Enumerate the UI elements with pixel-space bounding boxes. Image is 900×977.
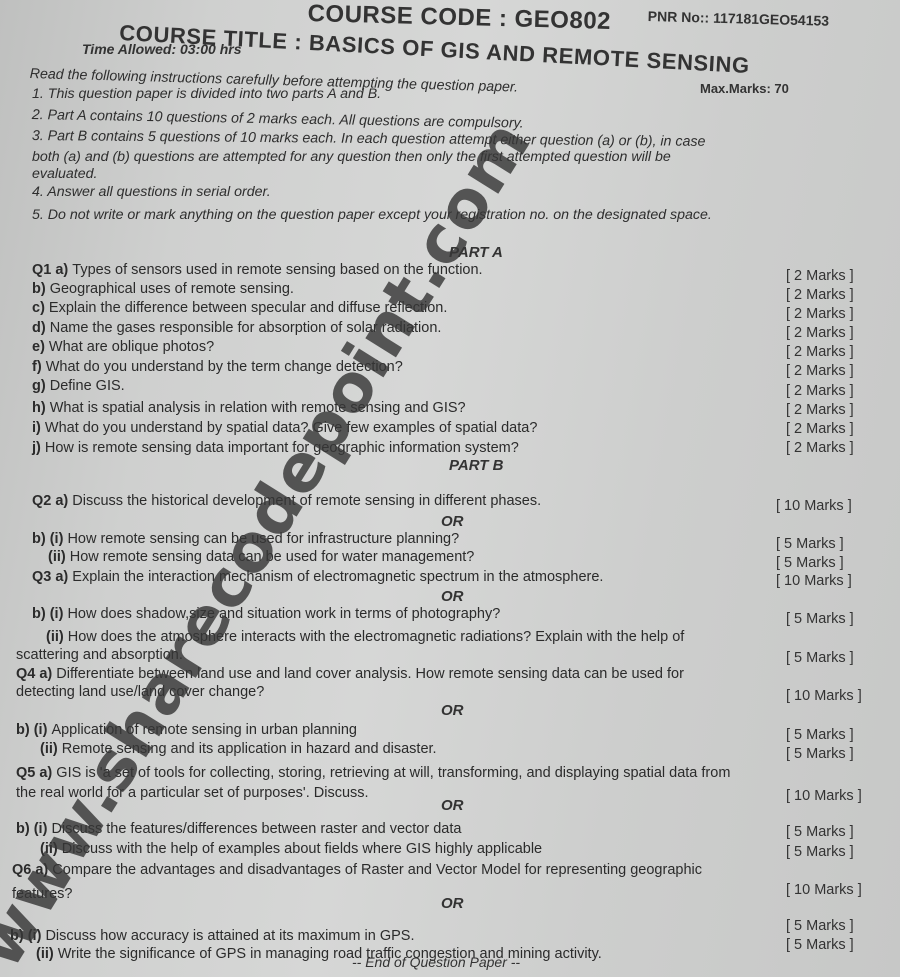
marks-label: [ 5 Marks ] (776, 536, 844, 552)
question-label: e) (32, 339, 49, 355)
part-b-question: Q6 a) Compare the advantages and disadva… (12, 862, 702, 878)
or-separator: OR (441, 702, 464, 719)
question-text: How does shadow,size and situation work … (67, 606, 500, 622)
marks-label: [ 10 Marks ] (786, 688, 862, 704)
part-b-question: Q3 a) Explain the interaction mechanism … (32, 569, 603, 585)
or-separator: OR (441, 895, 464, 912)
question-label: Q1 a) (32, 262, 72, 278)
marks-label: [ 5 Marks ] (786, 918, 854, 934)
marks-label: [ 2 Marks ] (786, 383, 854, 399)
part-b-question: (ii) Discuss with the help of examples a… (40, 841, 542, 857)
question-label: f) (32, 359, 46, 375)
marks-label: [ 10 Marks ] (786, 882, 862, 898)
instruction-item: evaluated. (32, 166, 97, 182)
marks-label: [ 10 Marks ] (786, 788, 862, 804)
question-label: h) (32, 400, 50, 416)
part-b-question: b) (i) Application of remote sensing in … (16, 722, 357, 738)
part-b-question: Q4 a) Differentiate between land use and… (16, 666, 684, 682)
marks-label: [ 2 Marks ] (786, 268, 854, 284)
question-paper: COURSE CODE : GEO802 PNR No:: 117181GEO5… (0, 0, 900, 977)
marks-label: [ 5 Marks ] (786, 727, 854, 743)
marks-label: [ 5 Marks ] (776, 555, 844, 571)
instruction-item: 4. Answer all questions in serial order. (32, 184, 271, 200)
question-label: b) (32, 281, 50, 297)
question-label: g) (32, 378, 50, 394)
instruction-item: both (a) and (b) questions are attempted… (32, 149, 671, 165)
question-text: Geographical uses of remote sensing. (50, 281, 294, 297)
or-separator: OR (441, 797, 464, 814)
part-a-question: b) Geographical uses of remote sensing. (32, 281, 294, 297)
question-label: Q2 a) (32, 493, 72, 509)
part-b-question: b) (i) How does shadow,size and situatio… (32, 606, 500, 622)
marks-label: [ 5 Marks ] (786, 746, 854, 762)
marks-label: [ 2 Marks ] (786, 402, 854, 418)
marks-label: [ 5 Marks ] (786, 937, 854, 953)
question-label: Q5 a) (16, 765, 56, 781)
marks-label: [ 2 Marks ] (786, 287, 854, 303)
part-a-question: e) What are oblique photos? (32, 339, 214, 355)
question-label: Q3 a) (32, 569, 72, 585)
question-text: Define GIS. (50, 378, 125, 394)
course-code: COURSE CODE : GEO802 (307, 0, 611, 36)
question-text: Compare the advantages and disadvantages… (52, 862, 702, 878)
or-separator: OR (441, 588, 464, 605)
marks-label: [ 5 Marks ] (786, 650, 854, 666)
question-label: c) (32, 300, 49, 316)
question-text: Discuss how accuracy is attained at its … (45, 928, 414, 944)
marks-label: [ 2 Marks ] (786, 344, 854, 360)
question-label: b) (i) (16, 722, 51, 738)
marks-label: [ 2 Marks ] (786, 363, 854, 379)
question-label: d) (32, 320, 50, 336)
marks-label: [ 5 Marks ] (786, 611, 854, 627)
marks-label: [ 2 Marks ] (786, 325, 854, 341)
part-a-question: g) Define GIS. (32, 378, 125, 394)
part-a-question: h) What is spatial analysis in relation … (32, 400, 466, 416)
marks-label: [ 10 Marks ] (776, 573, 852, 589)
question-label: Q4 a) (16, 666, 56, 682)
question-text: Write the significance of GPS in managin… (58, 946, 602, 962)
question-text: Explain the interaction mechanism of ele… (72, 569, 603, 585)
marks-label: [ 5 Marks ] (786, 824, 854, 840)
instruction-item: 1. This question paper is divided into t… (32, 86, 381, 102)
part-b-question: b) (i) Discuss how accuracy is attained … (10, 928, 415, 944)
question-label: i) (32, 420, 45, 436)
marks-label: [ 5 Marks ] (786, 844, 854, 860)
instruction-item: 3. Part B contains 5 questions of 10 mar… (32, 128, 706, 150)
question-label: b) (i) (32, 531, 67, 547)
question-label: (ii) (40, 741, 62, 757)
part-b-question: (ii) How does the atmosphere interacts w… (46, 629, 684, 645)
or-separator: OR (441, 513, 464, 530)
max-marks: Max.Marks: 70 (700, 81, 789, 96)
marks-label: [ 2 Marks ] (786, 306, 854, 322)
instruction-item: 5. Do not write or mark anything on the … (32, 207, 712, 223)
question-label: j) (32, 440, 45, 456)
end-of-paper: -- End of Question Paper -- (352, 954, 520, 970)
time-allowed: Time Allowed: 03:00 hrs (82, 41, 242, 57)
marks-label: [ 10 Marks ] (776, 498, 852, 514)
part-b-title: PART B (449, 457, 503, 474)
question-text: What are oblique photos? (49, 339, 214, 355)
question-label: b) (i) (32, 606, 67, 622)
question-text: What is spatial analysis in relation wit… (50, 400, 466, 416)
question-text: Discuss with the help of examples about … (62, 841, 542, 857)
question-label: (ii) (46, 629, 68, 645)
question-label: (ii) (48, 549, 70, 565)
pnr-number: PNR No:: 117181GEO54153 (648, 8, 830, 29)
marks-label: [ 2 Marks ] (786, 421, 854, 437)
marks-label: [ 2 Marks ] (786, 440, 854, 456)
